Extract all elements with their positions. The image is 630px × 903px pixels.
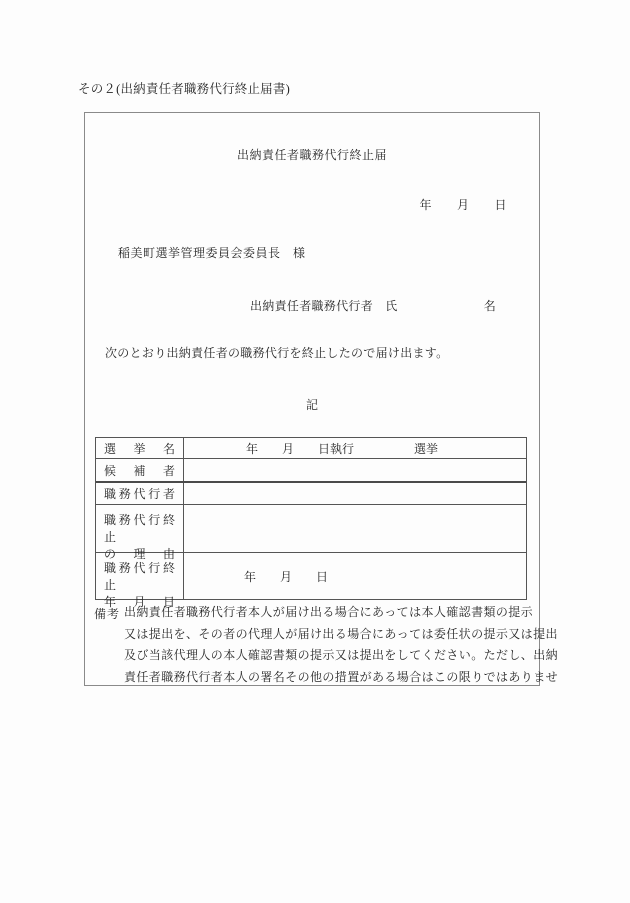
table-row-label: 職務代行終止 年月日 bbox=[96, 553, 184, 599]
table-row-value: 年 月 日 bbox=[184, 553, 526, 599]
form-signer-name-line: 出納責任者職務代行者 氏 名 bbox=[250, 297, 496, 314]
table-row-value bbox=[184, 459, 526, 481]
table-row-label: 職務代行者 bbox=[96, 483, 184, 504]
remarks-text: 出納責任者職務代行者本人が届け出る場合にあっては本人確認書類の提示 又は提出を、… bbox=[124, 602, 533, 688]
page-title: その２(出納責任者職務代行終止届書) bbox=[78, 79, 290, 97]
table-row-label: 候補者 bbox=[96, 459, 184, 481]
form-table: 選挙名 年 月 日執行 選挙 候補者 職務代行者 職務代行終止 bbox=[95, 437, 527, 600]
form-date-line: 年 月 日 bbox=[419, 196, 507, 213]
table-row-label-text: 職務代行終止 bbox=[104, 511, 175, 545]
remarks-line: 出納責任者職務代行者本人が届け出る場合にあっては本人確認書類の提示 bbox=[124, 602, 533, 624]
form-section-mark: 記 bbox=[85, 396, 539, 413]
remarks-line: 責任者職務代行者本人の署名その他の措置がある場合はこの限りではありませ bbox=[124, 667, 533, 689]
table-row-termination-reason: 職務代行終止 の理由 bbox=[96, 505, 526, 553]
form-title: 出納責任者職務代行終止届 bbox=[85, 146, 539, 163]
table-row-label-text: 候補者 bbox=[104, 462, 175, 479]
table-row-value bbox=[184, 483, 526, 504]
table-row-acting-person: 職務代行者 bbox=[96, 483, 526, 505]
table-row-label: 職務代行終止 の理由 bbox=[96, 505, 184, 552]
table-row-label-text: 選挙名 bbox=[104, 440, 175, 457]
table-row-label-text: 職務代行終止 bbox=[104, 559, 175, 593]
table-row-candidate: 候補者 bbox=[96, 459, 526, 483]
table-row-election-name: 選挙名 年 月 日執行 選挙 bbox=[96, 438, 526, 459]
table-row-value: 年 月 日執行 選挙 bbox=[184, 438, 526, 458]
remarks-line: 及び当該代理人の本人確認書類の提示又は提出をしてください。ただし、出納 bbox=[124, 645, 533, 667]
remarks-label: 備考 bbox=[94, 605, 120, 622]
table-row-value bbox=[184, 505, 526, 552]
remarks-line: 又は提出を、その者の代理人が届け出る場合にあっては委任状の提示又は提出 bbox=[124, 624, 533, 646]
table-row-termination-date: 職務代行終止 年月日 年 月 日 bbox=[96, 553, 526, 599]
form-addressee: 稲美町選挙管理委員会委員長 様 bbox=[118, 244, 306, 261]
form-body-statement: 次のとおり出納責任者の職務代行を終止したので届け出ます。 bbox=[105, 344, 448, 361]
document-page: その２(出納責任者職務代行終止届書) 出納責任者職務代行終止届 年 月 日 稲美… bbox=[0, 0, 630, 903]
form-outline-box: 出納責任者職務代行終止届 年 月 日 稲美町選挙管理委員会委員長 様 出納責任者… bbox=[84, 112, 540, 686]
table-row-label: 選挙名 bbox=[96, 438, 184, 458]
table-row-label-text: 職務代行者 bbox=[104, 485, 175, 502]
form-remarks: 備考 出納責任者職務代行者本人が届け出る場合にあっては本人確認書類の提示 又は提… bbox=[93, 602, 533, 688]
